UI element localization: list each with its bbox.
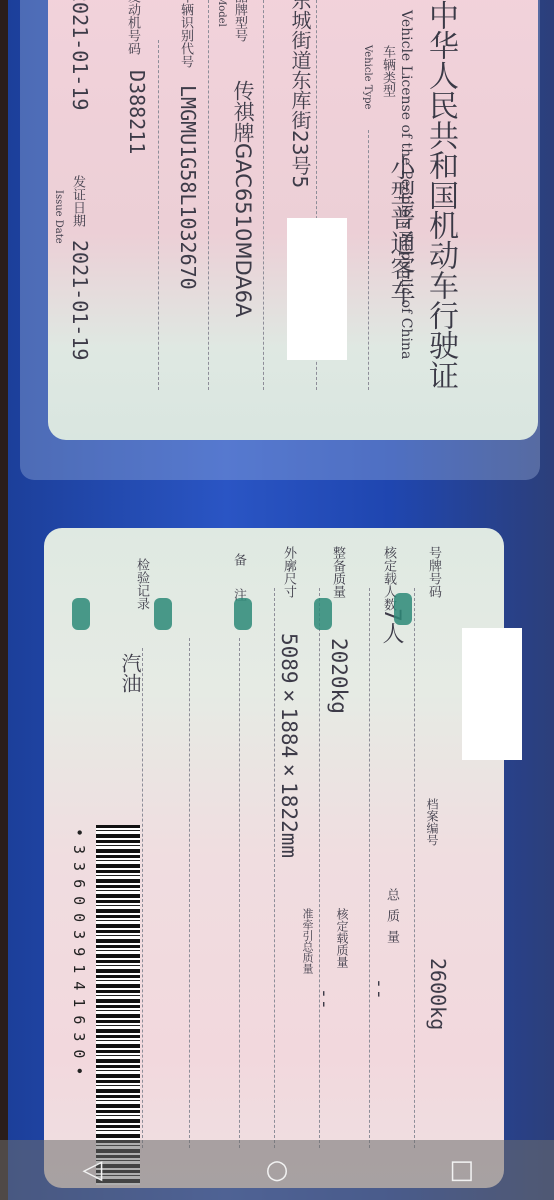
rated-load-value: --: [369, 978, 390, 1000]
issue-date-value: 2021-01-19: [68, 240, 92, 360]
back-icon[interactable]: ◁: [62, 1155, 122, 1185]
register-date-value: 2021-01-19: [68, 0, 92, 110]
issue-date-label-en: Issue Date: [53, 190, 64, 244]
file-no-label: 档案编号: [424, 798, 441, 846]
vin-value: LMGMU1G58L1032670: [176, 85, 200, 290]
towing-mass-value: --: [314, 988, 335, 1010]
issue-date-label: 发证日期: [68, 175, 87, 227]
model-label-en: Model: [216, 0, 227, 27]
model-label: 品牌型号: [230, 0, 249, 42]
plate-label: 号牌号码: [424, 546, 443, 598]
address-value: 东城街道东库街23号5: [286, 0, 315, 188]
rated-load-label: 核定载质量: [334, 908, 351, 968]
vehicle-type-label: 车辆类型: [378, 45, 397, 97]
system-navigation-bar: ◁ ○ □: [0, 1140, 554, 1200]
barcode: [96, 825, 140, 1185]
redacted-plate-top: [287, 218, 347, 360]
towing-mass-label: 准牵引总质量: [299, 908, 315, 974]
recents-icon[interactable]: □: [432, 1155, 492, 1185]
total-mass-label: 总质量: [382, 888, 401, 951]
home-icon[interactable]: ○: [247, 1155, 307, 1185]
curb-mass-label: 整备质量: [328, 546, 347, 598]
vehicle-type-label-en: Vehicle Type: [362, 45, 373, 109]
curb-mass-value: 2020kg: [327, 638, 351, 714]
redacted-plate-bottom: [462, 628, 522, 760]
engine-no-label: 发动机号码: [123, 0, 142, 55]
barcode-number: •3360039141630•: [70, 828, 88, 1083]
fuel-value: 汽油: [116, 653, 145, 693]
vehicle-type-value: 小型普通客车: [383, 155, 419, 305]
total-mass-value: 2600kg: [426, 958, 450, 1030]
engine-no-value: D388211: [125, 70, 149, 154]
vin-label: 车辆识别代号: [176, 0, 195, 68]
license-title: 中华人民共和国机动车行驶证: [418, 0, 462, 390]
dimensions-value: 5089×1884×1822mm: [277, 633, 301, 858]
dimensions-label: 外廓尺寸: [279, 546, 298, 598]
inspection-label: 检验记录: [132, 558, 151, 610]
model-value: 传祺牌GAC6510MDA6A: [228, 80, 258, 317]
